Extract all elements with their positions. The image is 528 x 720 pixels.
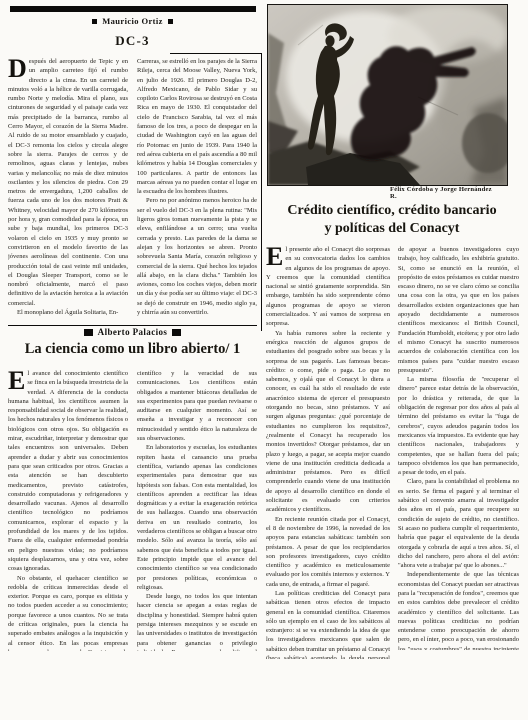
title-line-1: Crédito científico, crédito bancario <box>264 202 520 220</box>
drop-cap: E <box>266 245 285 267</box>
scanned-newspaper-page: { "page": { "paper_color": "#fbfaf7", "i… <box>0 0 528 720</box>
paragraph: En reciente reunión citada por el Conacy… <box>266 515 390 589</box>
paragraph: Independientemente de que las técnicas e… <box>398 570 519 650</box>
square-bullet-icon <box>380 190 386 196</box>
paragraph: de apoyar a buenos investigadores cuyo t… <box>398 245 519 375</box>
ciencia-text-column-1: El avance del conocimiento científico se… <box>8 369 128 651</box>
photo-caption: Félix Córdoba y Jorge Hernández R. <box>380 186 510 200</box>
square-bullet-icon <box>92 19 97 24</box>
photo-dancer-on-rock <box>267 4 508 186</box>
paragraph: La misma filosofía de "recuperar el dine… <box>398 375 519 477</box>
square-bullet-icon <box>84 329 93 336</box>
paragraph: El monoplano del Águila Solitaria, En- <box>8 308 128 317</box>
paragraph: científico y la veracidad de sus comunic… <box>137 369 257 443</box>
paragraph: Ya había rumores sobre la reciente y ené… <box>266 329 390 515</box>
article-title-ciencia: La ciencia como un libro abierto/ 1 <box>8 341 257 358</box>
paragraph: En laboratorios y escuelas, los estudian… <box>137 443 257 592</box>
ciencia-text-column-2: científico y la veracidad de sus comunic… <box>137 369 257 651</box>
dc3-text-column-1: Después del aeropuerto de Tepic y en un … <box>8 57 128 323</box>
photo-caption-text: Félix Córdoba y Jorge Hernández R. <box>390 186 500 200</box>
conacyt-text-column-2: de apoyar a buenos investigadores cuyo t… <box>398 245 519 650</box>
byline-text: Alberto Palacios <box>98 327 168 337</box>
paragraph: Después del aeropuerto de Tepic y en un … <box>8 57 128 308</box>
article-title-conacyt: Crédito científico, crédito bancario y p… <box>264 202 520 237</box>
byline-text: Mauricio Ortiz <box>102 16 163 26</box>
top-thick-rule <box>10 6 256 12</box>
dc3-text-column-2: Carreras, se estrelló en los parajes de … <box>137 57 257 323</box>
square-bullet-icon <box>168 19 173 24</box>
paragraph: Claro, para la contabilidad el problema … <box>398 477 519 570</box>
divider-horizontal <box>170 53 261 54</box>
drop-cap: E <box>8 369 27 391</box>
conacyt-text-column-1: El presente año el Conacyt dio sorpresas… <box>266 245 390 659</box>
section-divider-rule <box>8 325 257 326</box>
byline-alberto-palacios: Alberto Palacios <box>8 327 257 337</box>
paragraph: Carreras, se estrelló en los parajes de … <box>137 57 257 196</box>
article-title-dc3: DC-3 <box>8 33 257 49</box>
square-bullet-icon <box>504 190 510 196</box>
paragraph: El avance del conocimiento científico se… <box>8 369 128 574</box>
paragraph: El presente año el Conacyt dio sorpresas… <box>266 245 390 329</box>
photo-image <box>268 5 507 185</box>
divider-vertical <box>261 53 262 331</box>
drop-cap: D <box>8 57 29 79</box>
paragraph: Pero no por anónimo menos heroico ha de … <box>137 196 257 317</box>
paragraph: Las políticas crediticias del Conacyt pa… <box>266 589 390 659</box>
byline-mauricio-ortiz: Mauricio Ortiz <box>8 16 257 26</box>
title-line-2: y políticas del Conacyt <box>264 220 520 238</box>
paragraph: Desde luego, no todos los que intentan h… <box>137 592 257 651</box>
square-bullet-icon <box>172 329 181 336</box>
paragraph: No obstante, el quehacer científico se r… <box>8 574 128 651</box>
